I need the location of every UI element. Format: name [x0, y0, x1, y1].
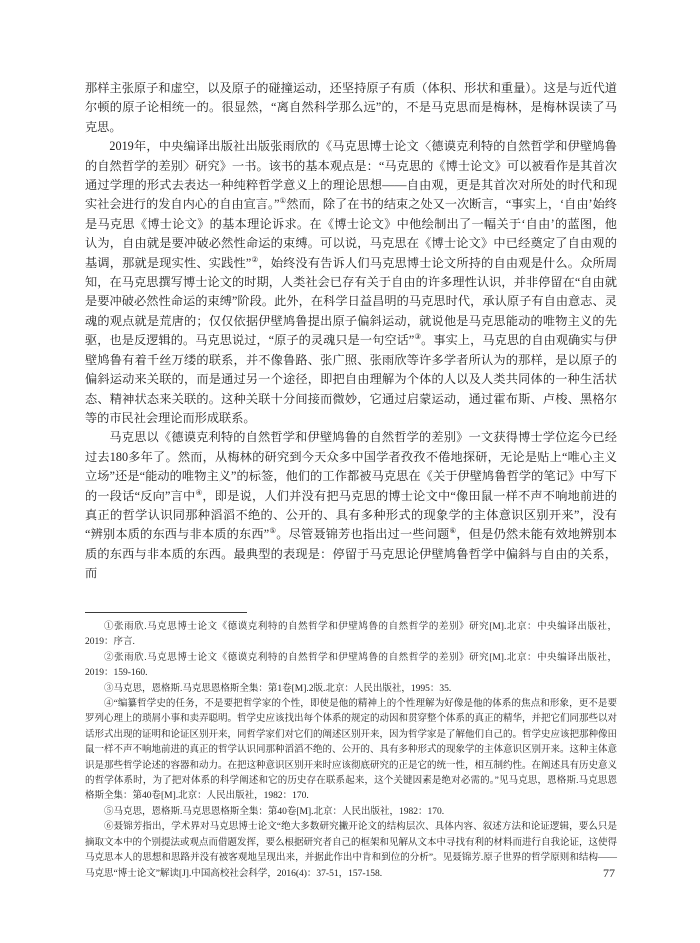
page-number: 77 [603, 866, 615, 881]
footnote-ref: ③ [414, 332, 421, 341]
paragraph: 那样主张原子和虚空，以及原子的碰撞运动，还坚持原子有质（体积、形状和重量）。这是… [85, 79, 617, 137]
footnote: ④“编纂哲学史的任务，不是要把哲学家的个性，即使是他的精神上的个性理解为好像是他… [85, 697, 617, 805]
paragraph: 马克思以《德谟克利特的自然哲学和伊壁鸠鲁的自然哲学的差别》一文获得博士学位迄今已… [85, 428, 617, 583]
document-page: 那样主张原子和虚空，以及原子的碰撞运动，还坚持原子有质（体积、形状和重量）。这是… [0, 0, 700, 943]
footnote: ⑤马克思，恩格斯.马克思恩格斯全集：第40卷[M].北京：人民出版社，1982：… [85, 805, 617, 820]
footnote-ref: ⑤ [269, 526, 276, 535]
footnote-ref: ① [280, 196, 287, 205]
footnote-divider [85, 612, 247, 613]
footnote-ref: ② [251, 255, 258, 264]
paragraph: 2019年，中央编译出版社出版张雨欣的《马克思博士论文〈德谟克利特的自然哲学和伊… [85, 137, 617, 428]
footnote: ①张雨欣.马克思博士论文《德谟克利特的自然哲学和伊壁鸠鲁的自然哲学的差别》研究[… [85, 620, 617, 651]
footnote-ref: ④ [195, 487, 202, 496]
footnotes-section: ①张雨欣.马克思博士论文《德谟克利特的自然哲学和伊壁鸠鲁的自然哲学的差别》研究[… [85, 620, 617, 882]
article-body: 那样主张原子和虚空，以及原子的碰撞运动，还坚持原子有质（体积、形状和重量）。这是… [85, 79, 617, 584]
footnote: ②张雨欣.马克思博士论文《德谟克利特的自然哲学和伊壁鸠鲁的自然哲学的差别》研究[… [85, 651, 617, 682]
footnote-ref: ⑥ [449, 526, 456, 535]
footnote: ⑥聂锦芳指出，学术界对马克思博士论文“绝大多数研究撇开论文的结构层次、具体内容、… [85, 820, 617, 882]
footnote: ③马克思，恩格斯.马克思恩格斯全集：第1卷[M].2版.北京：人民出版社，199… [85, 682, 617, 697]
